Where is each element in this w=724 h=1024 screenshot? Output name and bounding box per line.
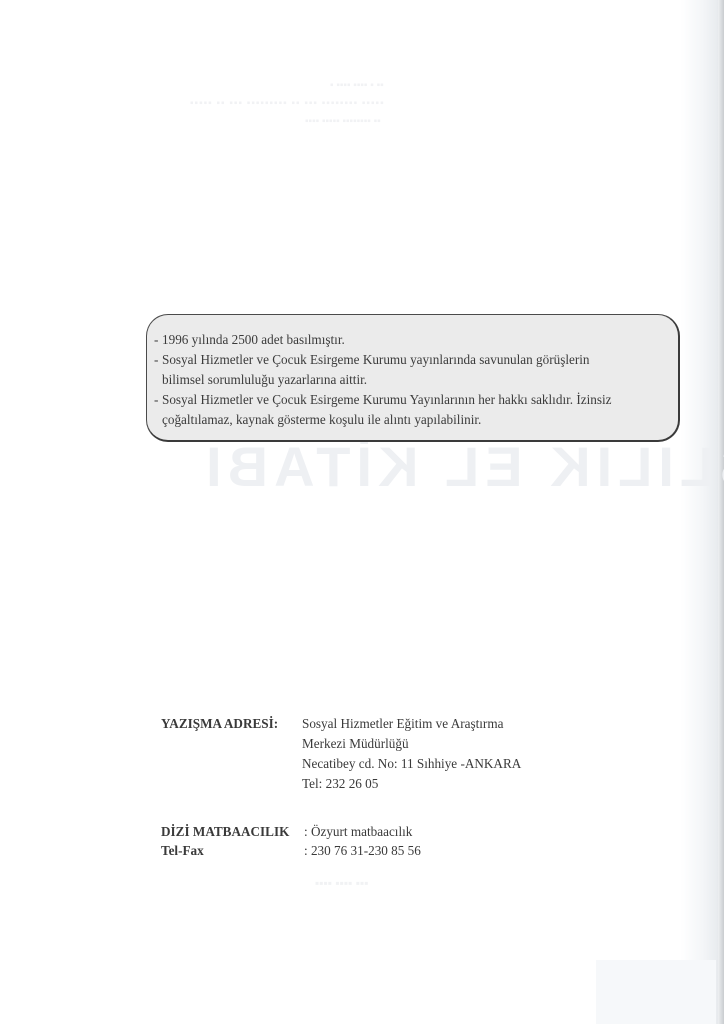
- address-phone: Tel: 232 26 05: [302, 774, 521, 794]
- address-line: Necatibey cd. No: 11 Sıhhiye -ANKARA: [302, 754, 521, 774]
- address-line: Merkezi Müdürlüğü: [302, 734, 521, 754]
- bleed-through-title: YAŞLILIK EL KİTABI: [200, 434, 724, 499]
- tel-fax-value: : 230 76 31-230 85 56: [304, 841, 421, 860]
- notice-list: -1996 yılında 2500 adet basılmıştır. -So…: [154, 330, 612, 430]
- page-edge-shadow: [718, 0, 724, 1024]
- notice-line: -Sosyal Hizmetler ve Çocuk Esirgeme Kuru…: [154, 350, 612, 370]
- notice-line-continuation: çoğaltılamaz, kaynak gösterme koşulu ile…: [154, 410, 612, 430]
- publication-notice-box: -1996 yılında 2500 adet basılmıştır. -So…: [146, 314, 680, 442]
- notice-line-continuation: bilimsel sorumluluğu yazarlarına aittir.: [154, 370, 612, 390]
- document-page: ▪ ▪▪▪▪ ▪▪▪▪ ▪ ▪▪ ▪▪▪▪▪ ▪▪ ▪▪▪ ▪▪▪▪▪▪▪▪▪ …: [0, 0, 724, 1024]
- bleed-through-text: ▪ ▪▪▪▪ ▪▪▪▪ ▪ ▪▪: [330, 80, 384, 91]
- address-lines: Sosyal Hizmetler Eğitim ve Araştırma Mer…: [302, 714, 521, 794]
- printer-label: DİZİ MATBAACILIK: [161, 822, 289, 841]
- printer-name: : Özyurt matbaacılık: [304, 822, 412, 841]
- tel-fax-label: Tel-Fax: [161, 841, 204, 860]
- scan-shade: [596, 960, 716, 1024]
- bleed-through-text: ▪▪▪▪▪ ▪▪ ▪▪▪ ▪▪▪▪▪▪▪▪▪ ▪▪ ▪▪▪ ▪▪▪▪▪▪▪▪ ▪…: [190, 98, 385, 109]
- address-label: YAZIŞMA ADRESİ:: [161, 714, 278, 734]
- address-line: Sosyal Hizmetler Eğitim ve Araştırma: [302, 714, 521, 734]
- notice-line: -Sosyal Hizmetler ve Çocuk Esirgeme Kuru…: [154, 390, 612, 410]
- bleed-through-text: ▪▪▪▪ ▪▪▪▪ ▪▪▪: [315, 876, 368, 890]
- notice-line: -1996 yılında 2500 adet basılmıştır.: [154, 330, 612, 350]
- bleed-through-text: ▪▪▪▪ ▪▪▪▪▪ ▪▪▪▪▪▪▪▪ ▪▪: [305, 116, 381, 127]
